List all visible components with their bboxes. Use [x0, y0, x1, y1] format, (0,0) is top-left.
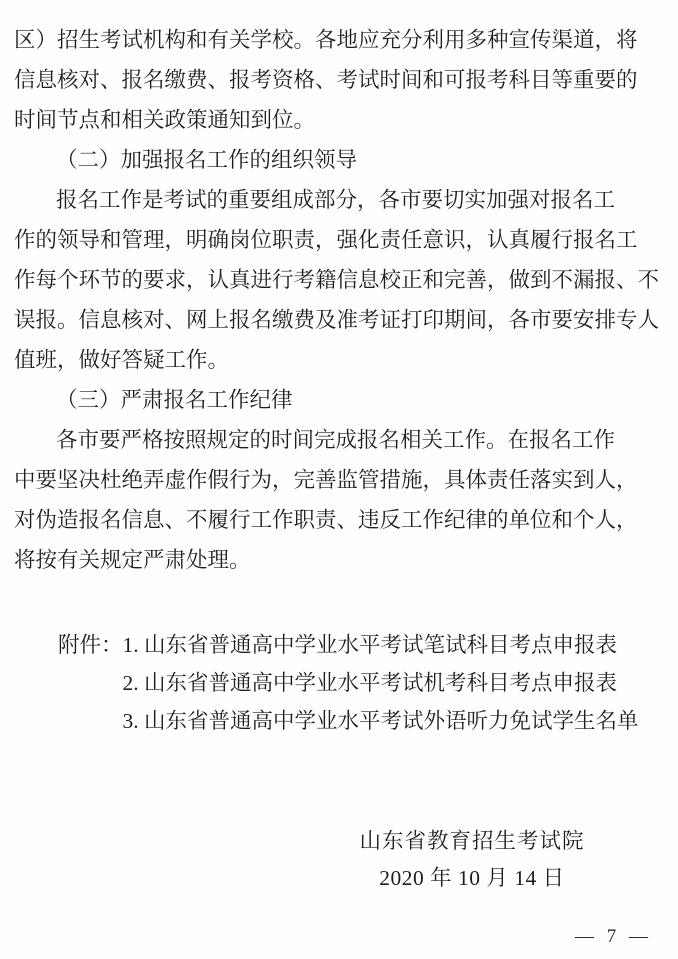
text-line: 对伪造报名信息、不履行工作职责、违反工作纪律的单位和个人，	[14, 500, 666, 540]
section-heading: （三）严肃报名工作纪律	[14, 380, 666, 420]
text-line: 值班，做好答疑工作。	[14, 340, 666, 380]
section-heading: （二）加强报名工作的组织领导	[14, 140, 666, 180]
attachments-label: 附件：	[58, 626, 123, 664]
text-line: 作的领导和管理，明确岗位职责，强化责任意识，认真履行报名工	[14, 220, 666, 260]
attachment-item: 2. 山东省普通高中学业水平考试机考科目考点申报表	[123, 664, 639, 702]
text-line: 报名工作是考试的重要组成部分，各市要切实加强对报名工	[14, 180, 666, 220]
text-line: 误报。信息核对、网上报名缴费及准考证打印期间，各市要安排专人	[14, 300, 666, 340]
page-number: — 7 —	[575, 924, 652, 950]
document-page: 区）招生考试机构和有关学校。各地应充分利用多种宣传渠道，将 信息核对、报名缴费、…	[0, 0, 678, 959]
attachment-item: 3. 山东省普通高中学业水平考试外语听力免试学生名单	[123, 702, 639, 740]
signature-block: 山东省教育招生考试院 2020 年 10 月 14 日	[350, 823, 594, 897]
text-line: 时间节点和相关政策通知到位。	[14, 100, 666, 140]
attachment-item: 1. 山东省普通高中学业水平考试笔试科目考点申报表	[123, 626, 639, 664]
text-line: 区）招生考试机构和有关学校。各地应充分利用多种宣传渠道，将	[14, 20, 666, 60]
text-line: 作每个环节的要求，认真进行考籍信息校正和完善，做到不漏报、不	[14, 260, 666, 300]
attachments-block: 附件： 1. 山东省普通高中学业水平考试笔试科目考点申报表 2. 山东省普通高中…	[58, 626, 639, 740]
signature-date: 2020 年 10 月 14 日	[350, 860, 594, 897]
text-line: 中要坚决杜绝弄虚作假行为，完善监管措施，具体责任落实到人，	[14, 460, 666, 500]
text-line: 各市要严格按照规定的时间完成报名相关工作。在报名工作	[14, 420, 666, 460]
attachments-list: 1. 山东省普通高中学业水平考试笔试科目考点申报表 2. 山东省普通高中学业水平…	[123, 626, 639, 740]
text-line: 信息核对、报名缴费、报考资格、考试时间和可报考科目等重要的	[14, 60, 666, 100]
document-body: 区）招生考试机构和有关学校。各地应充分利用多种宣传渠道，将 信息核对、报名缴费、…	[14, 20, 666, 580]
text-line: 将按有关规定严肃处理。	[14, 540, 666, 580]
signature-issuer: 山东省教育招生考试院	[350, 823, 594, 860]
